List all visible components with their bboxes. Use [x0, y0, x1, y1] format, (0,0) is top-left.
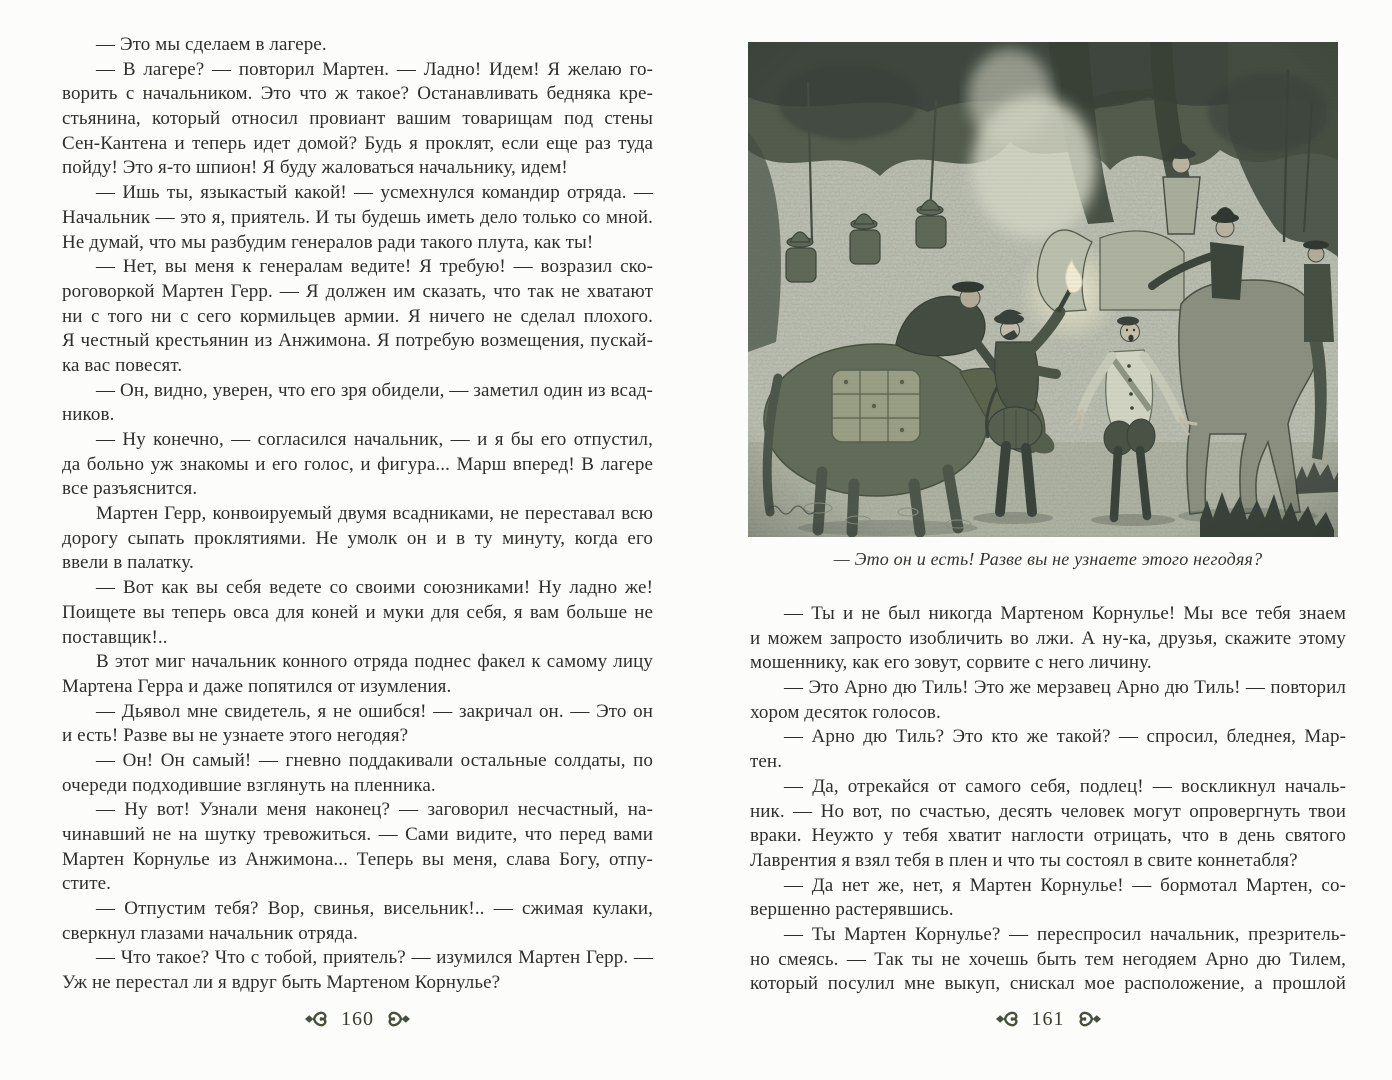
engraving-illustration [748, 42, 1338, 537]
text-line: Начальник — это я, приятель. И ты будешь… [62, 206, 653, 231]
text-line: ни с того ни с сего кормильцев армии. Я … [62, 305, 653, 330]
text-line: — Он! Он самый! — гневно поддакивали ост… [62, 749, 653, 774]
text-line: роговоркой Мартен Герр. — Я должен им ск… [62, 280, 653, 305]
text-line: — Это Арно дю Тиль! Это же мерзавец Арно… [750, 676, 1346, 701]
text-line: — Ишь ты, языкастый какой! — усмехнулся … [62, 181, 653, 206]
fleuron-ornament-icon [304, 1008, 328, 1030]
page-number: 161 [1032, 1008, 1065, 1031]
text-line: ка вас повесят. [62, 354, 653, 379]
text-line: ников. [62, 403, 653, 428]
text-line: хором десяток голосов. [750, 701, 1346, 726]
text-line: очереди подходившие взглянуть на пленник… [62, 774, 653, 799]
text-line: Сен-Кантена и теперь идет домой? Будь я … [62, 132, 653, 157]
left-page-text: — Это мы сделаем в лагере.— В лагере? — … [62, 33, 653, 996]
text-line: Поищете вы теперь овса для коней и муки … [62, 601, 653, 626]
text-line: чинавший не на шутку тревожиться. — Сами… [62, 823, 653, 848]
text-line: — Нет, вы меня к генералам ведите! Я тре… [62, 255, 653, 280]
text-line: В этот миг начальник конного отряда подн… [62, 650, 653, 675]
text-line: Мартена Герра и даже попятился от изумле… [62, 675, 653, 700]
text-line: и можем запросто изобличить во лжи. А ну… [750, 627, 1346, 652]
page-number: 160 [341, 1008, 374, 1031]
left-page-folio: 160 [62, 1004, 653, 1034]
text-line: все разъяснится. [62, 477, 653, 502]
text-line: сверкнул глазами начальник отряда. [62, 922, 653, 947]
text-line: стьянина, который относил провиант вашим… [62, 107, 653, 132]
text-line: Уж не перестал ли я вдруг быть Мартеном … [62, 971, 653, 996]
text-line: но смеясь. — Так ты не хочешь быть тем н… [750, 948, 1346, 973]
right-page-folio: 161 [750, 1004, 1346, 1034]
text-line: — Он, видно, уверен, что его зря обидели… [62, 379, 653, 404]
text-line: — Вот как вы себя ведете со своими союзн… [62, 576, 653, 601]
text-line: — Это мы сделаем в лагере. [62, 33, 653, 58]
text-line: дорогу сыпать проклятиями. Не умолк он и… [62, 527, 653, 552]
right-page-text: — Ты и не был никогда Мартеном Корнулье!… [750, 602, 1346, 997]
text-line: Лаврентия я взял тебя в плен и что ты со… [750, 849, 1346, 874]
text-line: Не думай, что мы разбудим генералов ради… [62, 231, 653, 256]
text-line: Мартен Герр, конвоируемый двумя всадника… [62, 502, 653, 527]
book-spread: — Это мы сделаем в лагере.— В лагере? — … [0, 0, 1392, 1080]
text-line: — Что такое? Что с тобой, приятель? — из… [62, 946, 653, 971]
fleuron-ornament-icon [995, 1008, 1019, 1030]
text-line: Мартен Корнулье из Анжимона... Теперь вы… [62, 848, 653, 873]
text-line: — Да, отрекайся от самого себя, подлец! … [750, 775, 1346, 800]
text-line: — Дьявол мне свидетель, я не ошибся! — з… [62, 700, 653, 725]
text-line: — Ну конечно, — согласился начальник, — … [62, 428, 653, 453]
text-line: поставщик!.. [62, 626, 653, 651]
fleuron-ornament-icon [1078, 1008, 1102, 1030]
text-line: пойду! Это я-то шпион! Я буду жаловаться… [62, 156, 653, 181]
text-line: ввели в палатку. [62, 551, 653, 576]
fleuron-ornament-icon [387, 1008, 411, 1030]
text-line: и есть! Разве вы не узнаете этого негодя… [62, 724, 653, 749]
text-line: — Да нет же, нет, я Мартен Корнулье! — б… [750, 874, 1346, 899]
text-line: — Ну вот! Узнали меня наконец? — заговор… [62, 798, 653, 823]
text-line: — Ты и не был никогда Мартеном Корнулье!… [750, 602, 1346, 627]
text-line: — Арно дю Тиль? Это кто же такой? — спро… [750, 725, 1346, 750]
text-line: — Ты Мартен Корнулье? — переспросил нача… [750, 923, 1346, 948]
text-line: — В лагере? — повторил Мартен. — Ладно! … [62, 58, 653, 83]
text-line: — Отпустим тебя? Вор, свинья, висельник!… [62, 897, 653, 922]
text-line: стите. [62, 872, 653, 897]
text-line: ник. — Но вот, по счастью, десять челове… [750, 800, 1346, 825]
text-line: враки. Неужто у тебя хватит наглости отр… [750, 824, 1346, 849]
text-line: тен. [750, 750, 1346, 775]
illustration-caption: — Это он и есть! Разве вы не узнаете это… [750, 549, 1346, 570]
text-line: да больно уж знакомы и его голос, и фигу… [62, 453, 653, 478]
text-line: вершенно растерявшись. [750, 898, 1346, 923]
text-line: Я честный крестьянин из Анжимона. Я потр… [62, 329, 653, 354]
text-line: который посулил мне выкуп, снискал мое р… [750, 972, 1346, 997]
text-line: мошеннику, как его зовут, сорвите с него… [750, 651, 1346, 676]
text-line: ворить с начальником. Это что ж такое? О… [62, 82, 653, 107]
